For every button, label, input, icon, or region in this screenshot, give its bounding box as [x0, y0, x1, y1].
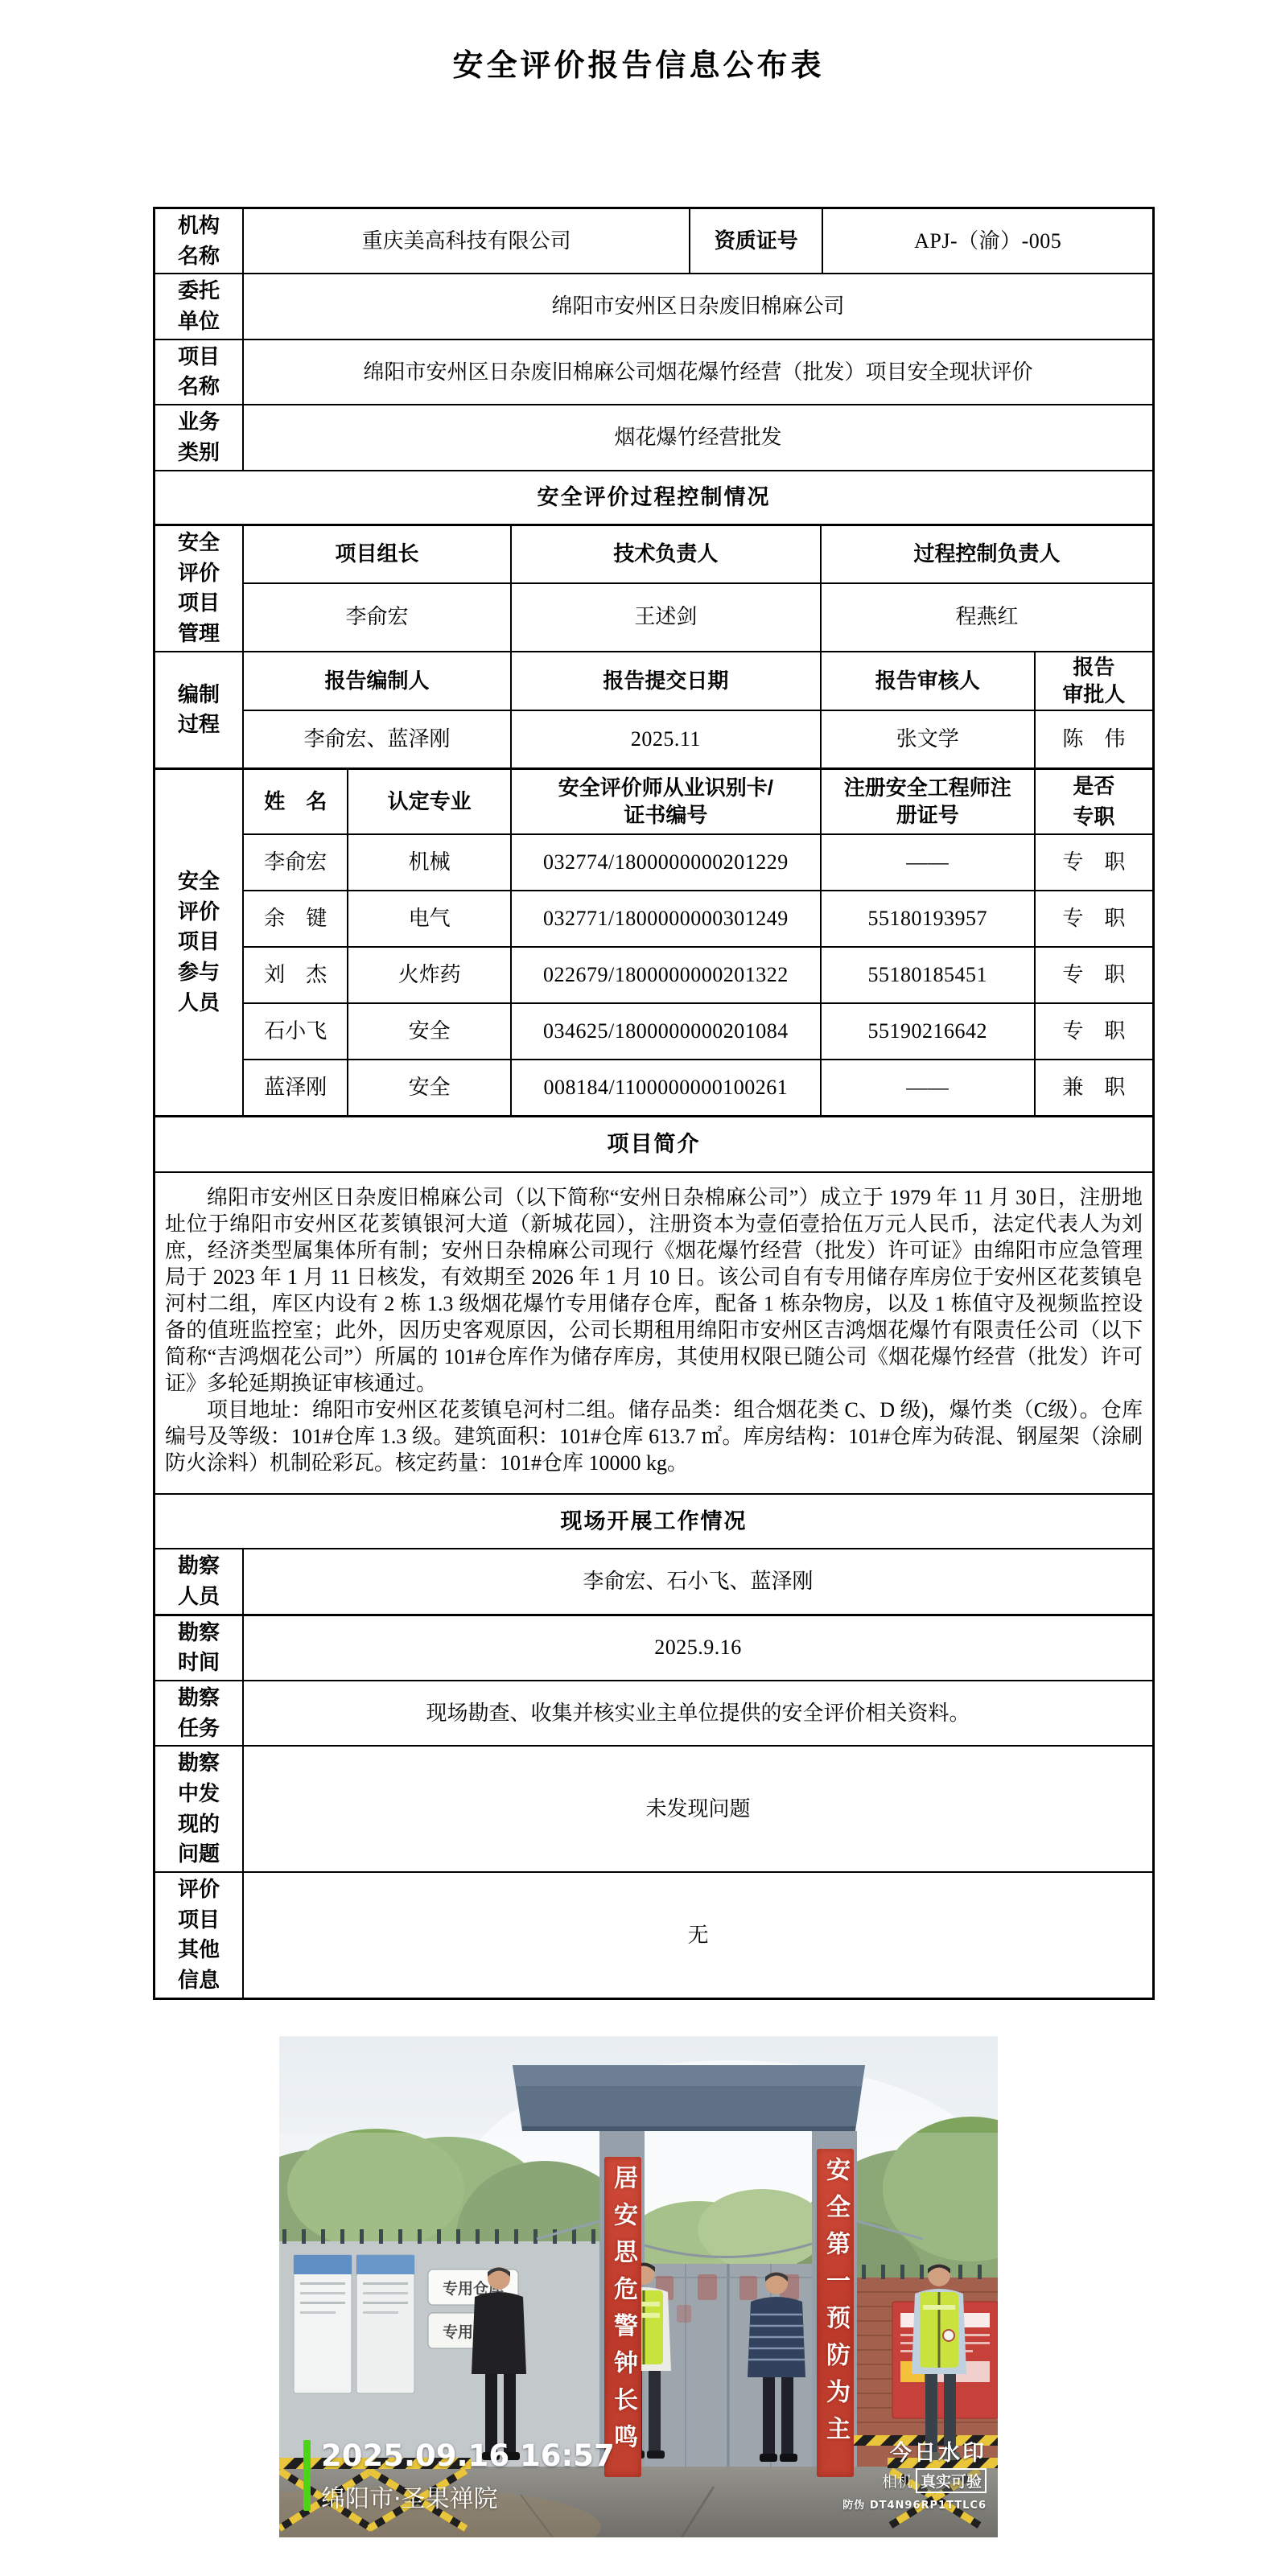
staff-reg-no: ——: [821, 1060, 1035, 1116]
table-row: 勘察人员 李俞宏、石小飞、蓝泽刚: [154, 1549, 1154, 1615]
watermark-verified-badge: 真实可验: [916, 2468, 987, 2493]
staff-duty: 专 职: [1035, 947, 1154, 1003]
major-col-header: 认定专业: [348, 768, 510, 834]
page-title: 安全评价报告信息公布表: [0, 0, 1277, 84]
survey-staff-value: 李俞宏、石小飞、蓝泽刚: [243, 1549, 1153, 1615]
watermark-camera-label: 相机: [882, 2473, 912, 2491]
staff-name: 余 键: [243, 891, 348, 947]
survey-issues-value: 未发现问题: [243, 1746, 1153, 1872]
approver-col-header: 报告 审批人: [1035, 652, 1154, 711]
writer-col-header: 报告编制人: [243, 652, 511, 711]
document-page: 安全评价报告信息公布表 机构名称 重庆美高科技有限公司 资质证号 APJ-（渝）…: [0, 0, 1277, 2576]
staff-reg-no: ——: [821, 834, 1035, 891]
staff-row: 余 键 电气 032771/1800000000301249 551801939…: [154, 891, 1154, 947]
survey-staff-label: 勘察人员: [154, 1549, 244, 1615]
staff-card-no: 032774/1800000000201229: [511, 834, 821, 891]
survey-issues-label: 勘察中发现的问题: [154, 1746, 244, 1872]
section-header-row: 安全评价过程控制情况: [154, 471, 1154, 525]
table-row: 安全评价项目管理 项目组长 技术负责人 过程控制负责人: [154, 525, 1154, 583]
compile-label: 编制过程: [154, 652, 244, 769]
staff-duty: 专 职: [1035, 891, 1154, 947]
name-col-header: 姓 名: [243, 768, 348, 834]
staff-duty: 兼 职: [1035, 1060, 1154, 1116]
org-name-label: 机构名称: [154, 208, 244, 274]
survey-time-label: 勘察时间: [154, 1615, 244, 1681]
other-info-label: 评价项目其他信息: [154, 1872, 244, 1998]
table-row: 机构名称 重庆美高科技有限公司 资质证号 APJ-（渝）-005: [154, 208, 1154, 274]
leader-col-header: 项目组长: [243, 525, 511, 583]
left-slogan-text: 居安思危警钟长鸣: [605, 2157, 641, 2477]
table-row: 勘察任务 现场勘查、收集并核实业主单位提供的安全评价相关资料。: [154, 1681, 1154, 1746]
staff-major: 电气: [348, 891, 510, 947]
process-control-header: 安全评价过程控制情况: [154, 471, 1154, 525]
business-type-value: 烟花爆竹经营批发: [243, 405, 1153, 470]
table-row: 评价项目其他信息 无: [154, 1872, 1154, 1998]
survey-task-value: 现场勘查、收集并核实业主单位提供的安全评价相关资料。: [243, 1681, 1153, 1746]
staff-card-no: 008184/1100000000100261: [511, 1060, 821, 1116]
staff-row: 蓝泽刚 安全 008184/1100000000100261 —— 兼 职: [154, 1060, 1154, 1116]
staff-duty: 专 职: [1035, 1003, 1154, 1060]
intro-paragraph-1: 绵阳市安州区日杂废旧棉麻公司（以下简称“安州日杂棉麻公司”）成立于 1979 年…: [165, 1184, 1143, 1397]
section-header-row: 项目简介: [154, 1116, 1154, 1172]
tech-name: 王述剑: [511, 583, 821, 652]
process-name: 程燕红: [821, 583, 1154, 652]
staff-name: 李俞宏: [243, 834, 348, 891]
cert-no-value: APJ-（渝）-005: [822, 208, 1153, 274]
watermark-green-bar: [303, 2440, 311, 2511]
process-col-header: 过程控制负责人: [821, 525, 1154, 583]
reviewer-col-header: 报告审核人: [821, 652, 1035, 711]
staff-row: 刘 杰 火炸药 022679/1800000000201322 55180185…: [154, 947, 1154, 1003]
reviewer-name: 张文学: [821, 710, 1035, 768]
staff-reg-no: 55190216642: [821, 1003, 1035, 1060]
staff-name: 蓝泽刚: [243, 1060, 348, 1116]
table-row: 业务类别 烟花爆竹经营批发: [154, 405, 1154, 470]
staff-name: 石小飞: [243, 1003, 348, 1060]
client-label: 委托单位: [154, 274, 244, 339]
table-row: 勘察中发现的问题 未发现问题: [154, 1746, 1154, 1872]
table-row: 李俞宏、蓝泽刚 2025.11 张文学 陈 伟: [154, 710, 1154, 768]
mgmt-label: 安全评价项目管理: [154, 525, 244, 652]
survey-table: 勘察时间 2025.9.16 勘察任务 现场勘查、收集并核实业主单位提供的安全评…: [153, 1614, 1155, 2000]
org-name-value: 重庆美高科技有限公司: [243, 208, 690, 274]
site-photo: 专用仓库 专用仓库: [279, 2036, 998, 2537]
intro-paragraphs: 绵阳市安州区日杂废旧棉麻公司（以下简称“安州日杂棉麻公司”）成立于 1979 年…: [154, 1172, 1154, 1494]
staff-card-no: 022679/1800000000201322: [511, 947, 821, 1003]
watermark-location: 绵阳市·圣果禅院: [321, 2479, 498, 2514]
staff-label: 安全评价项目参与人员: [154, 768, 244, 1116]
reg-col-header: 注册安全工程师注 册证号: [821, 768, 1035, 834]
staff-name: 刘 杰: [243, 947, 348, 1003]
writer-names: 李俞宏、蓝泽刚: [243, 710, 511, 768]
staff-table: 安全评价项目参与人员 姓 名 认定专业 安全评价师从业识别卡/ 证书编号 注册安…: [153, 767, 1155, 1117]
management-table: 安全评价项目管理 项目组长 技术负责人 过程控制负责人 李俞宏 王述剑 程燕红 …: [153, 524, 1155, 770]
left-slogan-banner: 居安思危警钟长鸣: [604, 2157, 641, 2477]
staff-row: 石小飞 安全 034625/1800000000201084 551902166…: [154, 1003, 1154, 1060]
table-row: 李俞宏 王述剑 程燕红: [154, 583, 1154, 652]
project-name-value: 绵阳市安州区日杂废旧棉麻公司烟花爆竹经营（批发）项目安全现状评价: [243, 339, 1153, 405]
intro-header: 项目简介: [154, 1116, 1154, 1172]
staff-header-row: 安全评价项目参与人员 姓 名 认定专业 安全评价师从业识别卡/ 证书编号 注册安…: [154, 768, 1154, 834]
tech-col-header: 技术负责人: [511, 525, 821, 583]
table-row: 委托单位 绵阳市安州区日杂废旧棉麻公司: [154, 274, 1154, 339]
main-table-area: 机构名称 重庆美高科技有限公司 资质证号 APJ-（渝）-005 委托单位 绵阳…: [153, 207, 1155, 2000]
watermark-brand: 今日水印 相机真实可验 防伪 DT4N96RP1TTLC6: [842, 2435, 987, 2512]
right-slogan-banner: 安全第一预防为主: [817, 2149, 854, 2477]
staff-card-no: 032771/1800000000301249: [511, 891, 821, 947]
watermark-app-name: 今日水印: [842, 2435, 987, 2467]
date-col-header: 报告提交日期: [511, 652, 821, 711]
table-row: 编制过程 报告编制人 报告提交日期 报告审核人 报告 审批人: [154, 652, 1154, 711]
staff-major: 火炸药: [348, 947, 510, 1003]
cert-no-label: 资质证号: [690, 208, 822, 274]
staff-major: 安全: [348, 1060, 510, 1116]
other-info-value: 无: [243, 1872, 1153, 1998]
table-row: 勘察时间 2025.9.16: [154, 1615, 1154, 1681]
staff-card-no: 034625/1800000000201084: [511, 1003, 821, 1060]
staff-reg-no: 55180193957: [821, 891, 1035, 947]
card-col-header: 安全评价师从业识别卡/ 证书编号: [511, 768, 821, 834]
right-slogan-text: 安全第一预防为主: [818, 2149, 853, 2477]
staff-major: 安全: [348, 1003, 510, 1060]
duty-col-header: 是否专职: [1035, 768, 1154, 834]
staff-duty: 专 职: [1035, 834, 1154, 891]
staff-row: 李俞宏 机械 032774/1800000000201229 —— 专 职: [154, 834, 1154, 891]
survey-time-value: 2025.9.16: [243, 1615, 1153, 1681]
watermark-antifake-code: 防伪 DT4N96RP1TTLC6: [842, 2496, 987, 2512]
submit-date: 2025.11: [511, 710, 821, 768]
staff-major: 机械: [348, 834, 510, 891]
intro-text-row: 绵阳市安州区日杂废旧棉麻公司（以下简称“安州日杂棉麻公司”）成立于 1979 年…: [154, 1172, 1154, 1494]
watermark-datetime: 2025.09.16 16:57: [321, 2438, 615, 2473]
leader-name: 李俞宏: [243, 583, 511, 652]
intro-paragraph-2: 项目地址：绵阳市安州区花荄镇皂河村二组。储存品类：组合烟花类 C、D 级)，爆竹…: [165, 1397, 1143, 1476]
table-row: 项目名称 绵阳市安州区日杂废旧棉麻公司烟花爆竹经营（批发）项目安全现状评价: [154, 339, 1154, 405]
site-work-header: 现场开展工作情况: [154, 1494, 1154, 1549]
approver-name: 陈 伟: [1035, 710, 1154, 768]
client-value: 绵阳市安州区日杂废旧棉麻公司: [243, 274, 1153, 339]
watermark-camera-line: 相机真实可验: [842, 2468, 987, 2493]
basic-info-table: 机构名称 重庆美高科技有限公司 资质证号 APJ-（渝）-005 委托单位 绵阳…: [153, 207, 1155, 526]
section-header-row: 现场开展工作情况: [154, 1494, 1154, 1549]
project-name-label: 项目名称: [154, 339, 244, 405]
survey-task-label: 勘察任务: [154, 1681, 244, 1746]
staff-reg-no: 55180185451: [821, 947, 1035, 1003]
intro-table: 项目简介 绵阳市安州区日杂废旧棉麻公司（以下简称“安州日杂棉麻公司”）成立于 1…: [153, 1115, 1155, 1616]
business-type-label: 业务类别: [154, 405, 244, 470]
